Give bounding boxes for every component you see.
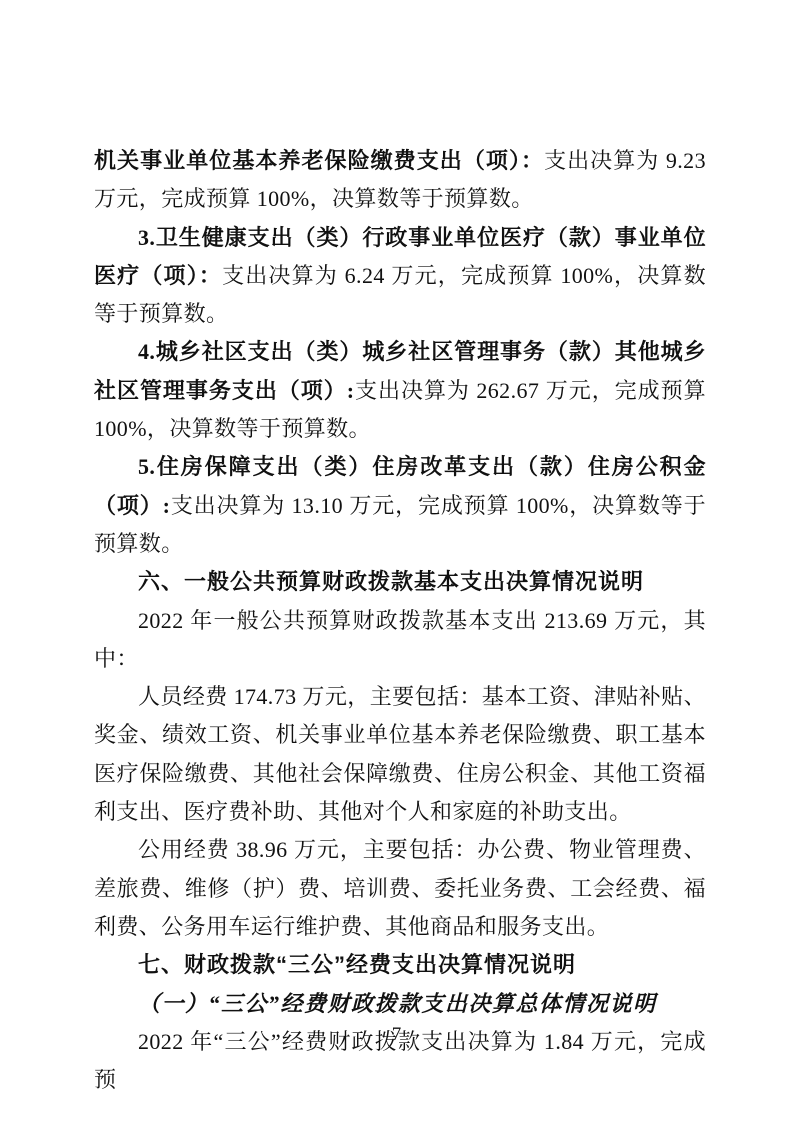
- paragraph-basic-expenditure-total: 2022 年一般公共预算财政拨款基本支出 213.69 万元，其中：: [94, 602, 706, 679]
- paragraph-public-funds: 公用经费 38.96 万元，主要包括：办公费、物业管理费、差旅费、维修（护）费、…: [94, 831, 706, 946]
- paragraph-community-expenditure: 4.城乡社区支出（类）城乡社区管理事务（款）其他城乡社区管理事务支出（项）:支出…: [94, 333, 706, 448]
- heading-text: （一）“三公”经费财政拨款支出决算总体情况说明: [138, 991, 657, 1016]
- text-run: 公用经费 38.96 万元，主要包括：办公费、物业管理费、差旅费、维修（护）费、…: [94, 837, 706, 939]
- text-run: 支出决算为 13.10 万元，完成预算 100%，决算数等于预算数。: [94, 493, 706, 556]
- heading-text: 六、一般公共预算财政拨款基本支出决算情况说明: [138, 569, 644, 594]
- paragraph-pension-expenditure: 机关事业单位基本养老保险缴费支出（项）：支出决算为 9.23 万元，完成预算 1…: [94, 142, 706, 219]
- heading-section-six: 六、一般公共预算财政拨款基本支出决算情况说明: [94, 563, 706, 601]
- document-body: 机关事业单位基本养老保险缴费支出（项）：支出决算为 9.23 万元，完成预算 1…: [94, 142, 706, 1099]
- text-run: 2022 年一般公共预算财政拨款基本支出 213.69 万元，其中：: [94, 608, 706, 671]
- page-number: 7: [0, 1022, 793, 1048]
- bold-run: 机关事业单位基本养老保险缴费支出（项）：: [94, 148, 544, 173]
- document-page: 机关事业单位基本养老保险缴费支出（项）：支出决算为 9.23 万元，完成预算 1…: [0, 0, 793, 1122]
- heading-text: 七、财政拨款“三公”经费支出决算情况说明: [138, 952, 576, 977]
- text-run: 人员经费 174.73 万元，主要包括：基本工资、津贴补贴、奖金、绩效工资、机关…: [94, 684, 706, 824]
- heading-section-seven-part-one: （一）“三公”经费财政拨款支出决算总体情况说明: [94, 985, 706, 1023]
- paragraph-health-expenditure: 3.卫生健康支出（类）行政事业单位医疗（款）事业单位医疗（项）：支出决算为 6.…: [94, 219, 706, 334]
- paragraph-housing-expenditure: 5.住房保障支出（类）住房改革支出（款）住房公积金（项）:支出决算为 13.10…: [94, 448, 706, 563]
- paragraph-personnel-funds: 人员经费 174.73 万元，主要包括：基本工资、津贴补贴、奖金、绩效工资、机关…: [94, 678, 706, 831]
- heading-section-seven: 七、财政拨款“三公”经费支出决算情况说明: [94, 946, 706, 984]
